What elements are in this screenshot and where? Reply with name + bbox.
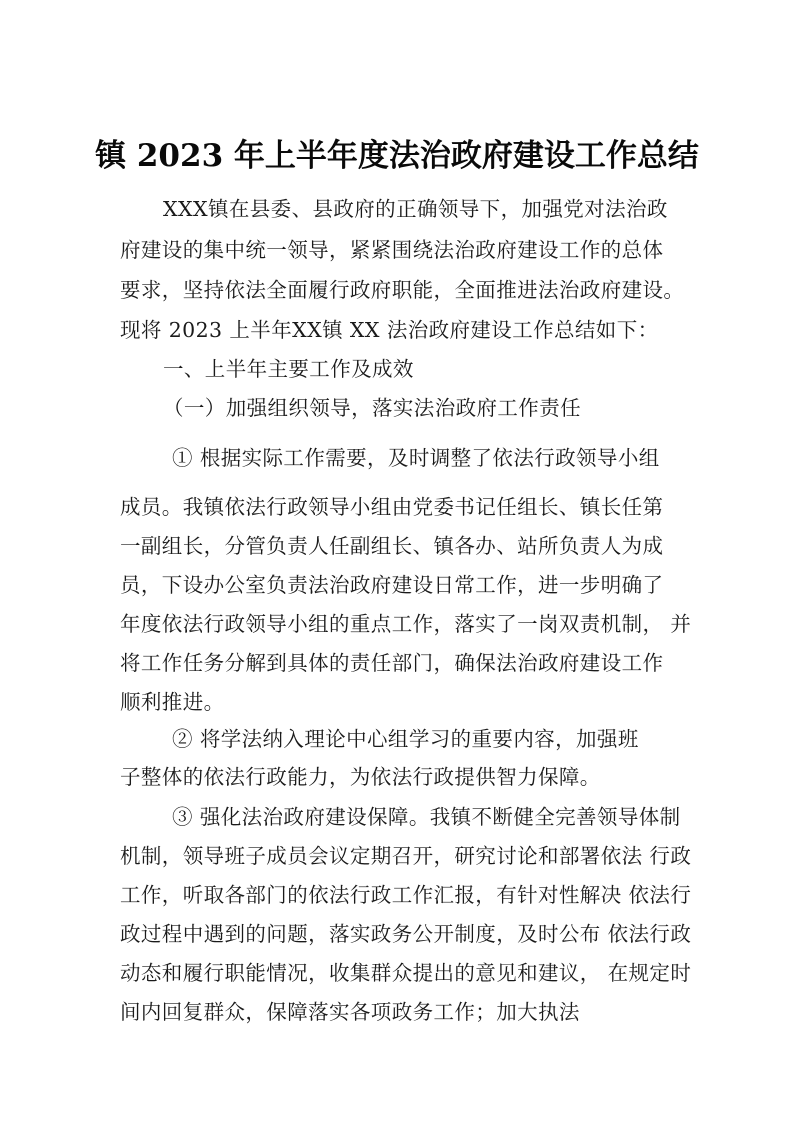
body-text-line: 成员。我镇依法行政领导小组由党委书记任组长、镇长任第: [120, 493, 663, 521]
body-text-line: ③ 强化法治政府建设保障。我镇不断健全完善领导体制: [172, 803, 681, 831]
document-title: 镇 2023 年上半年度法治政府建设工作总结: [0, 136, 794, 176]
body-text-line: 动态和履行职能情况，收集群众提出的意见和建议， 在规定时: [120, 959, 691, 987]
body-text-line: 子整体的依法行政能力，为依法行政提供智力保障。: [120, 763, 601, 791]
body-text-line: 年度依法行政领导小组的重点工作，落实了一岗双责机制， 并: [120, 610, 691, 638]
body-text-line: 员，下设办公室负责法治政府建设日常工作，进一步明确了: [120, 571, 663, 599]
body-text-line: 一、上半年主要工作及成效: [163, 355, 414, 383]
document-page: 镇 2023 年上半年度法治政府建设工作总结 XXX镇在县委、县政府的正确领导下…: [0, 0, 794, 1122]
body-text-line: 顺利推进。: [120, 688, 225, 716]
body-text-line: 府建设的集中统一领导，紧紧围绕法治政府建设工作的总体: [120, 236, 663, 264]
body-text-line: 工作，听取各部门的依法行政工作汇报，有针对性解决 依法行: [120, 881, 691, 909]
body-text-line: ① 根据实际工作需要，及时调整了依法行政领导小组: [172, 444, 660, 472]
body-text-line: 政过程中遇到的问题，落实政务公开制度，及时公布 依法行政: [120, 920, 691, 948]
body-text-line: 机制，领导班子成员会议定期召开，研究讨论和部署依法 行政: [120, 842, 691, 870]
body-text-line: （一）加强组织领导，落实法治政府工作责任: [163, 394, 581, 422]
body-text-line: XXX镇在县委、县政府的正确领导下，加强党对法治政: [163, 195, 668, 223]
body-text-line: 间内回复群众，保障落实各项政务工作；加大执法: [120, 998, 580, 1026]
body-text-line: ② 将学法纳入理论中心组学习的重要内容，加强班: [172, 725, 639, 753]
body-text-line: 将工作任务分解到具体的责任部门，确保法治政府建设工作: [120, 649, 663, 677]
body-text-line: 要求，坚持依法全面履行政府职能，全面推进法治政府建设。: [120, 276, 684, 304]
body-text-line: 一副组长，分管负责人任副组长、镇各办、站所负责人为成: [120, 532, 663, 560]
body-text-line: 现将 2023 上半年XX镇 XX 法治政府建设工作总结如下：: [120, 316, 659, 344]
